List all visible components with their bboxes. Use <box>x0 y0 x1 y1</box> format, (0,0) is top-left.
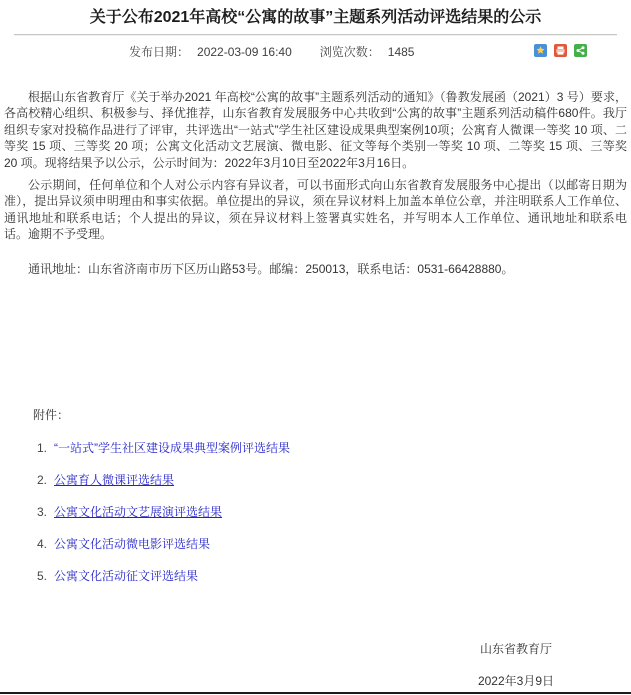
publish-date-value: 2022-03-09 16:40 <box>197 45 292 59</box>
attachment-number: 1. <box>37 441 47 455</box>
attachments-section: 附件： 1.“一站式”学生社区建设成果典型案例评选结果 2.公寓育人微课评选结果… <box>0 407 631 583</box>
attachment-row: 1.“一站式”学生社区建设成果典型案例评选结果 <box>0 441 631 455</box>
attachment-link-microfilm-results[interactable]: 公寓文化活动微电影评选结果 <box>54 537 210 551</box>
attachment-number: 5. <box>37 569 47 583</box>
attachment-row: 3.公寓文化活动文艺展演评选结果 <box>0 505 631 519</box>
signature-block: 山东省教育厅 2022年3月9日 <box>478 640 554 689</box>
attachment-number: 2. <box>37 473 47 487</box>
views-value: 1485 <box>388 45 415 59</box>
publish-date-label: 发布日期： <box>129 45 189 59</box>
attachment-link-microlecture-results[interactable]: 公寓育人微课评选结果 <box>54 473 174 487</box>
body-paragraph-2: 公示期间，任何单位和个人对公示内容有异议者，可以书面形式向山东省教育发展服务中心… <box>4 177 627 243</box>
attachment-row: 2.公寓育人微课评选结果 <box>0 473 631 487</box>
attachment-link-performance-results[interactable]: 公寓文化活动文艺展演评选结果 <box>54 505 222 519</box>
attachment-row: 5.公寓文化活动征文评选结果 <box>0 569 631 583</box>
attachment-link-essay-results[interactable]: 公寓文化活动征文评选结果 <box>54 569 198 583</box>
print-icon[interactable] <box>554 44 567 57</box>
bottom-border <box>0 692 631 694</box>
share-icon[interactable] <box>574 44 587 57</box>
announcement-page: 关于公布2021年高校“公寓的故事”主题系列活动评选结果的公示 发布日期：202… <box>0 0 631 695</box>
action-icons <box>534 44 587 57</box>
title-divider <box>14 34 617 36</box>
body-paragraph-1: 根据山东省教育厅《关于举办2021 年高校“公寓的故事”主题系列活动的通知》（鲁… <box>4 89 627 171</box>
attachment-number: 4. <box>37 537 47 551</box>
page-title: 关于公布2021年高校“公寓的故事”主题系列活动评选结果的公示 <box>0 0 631 28</box>
issue-date: 2022年3月9日 <box>478 672 554 689</box>
favorite-icon[interactable] <box>534 44 547 57</box>
body-paragraph-contact: 通讯地址：山东省济南市历下区历山路53号。邮编：250013，联系电话：0531… <box>4 261 627 277</box>
issuing-authority: 山东省教育厅 <box>478 640 554 657</box>
views-label: 浏览次数： <box>320 45 380 59</box>
attachments-label: 附件： <box>0 407 631 423</box>
attachment-link-case-results[interactable]: “一站式”学生社区建设成果典型案例评选结果 <box>54 441 290 455</box>
attachment-number: 3. <box>37 505 47 519</box>
announcement-body: 根据山东省教育厅《关于举办2021 年高校“公寓的故事”主题系列活动的通知》（鲁… <box>4 89 627 277</box>
attachment-row: 4.公寓文化活动微电影评选结果 <box>0 537 631 551</box>
meta-bar: 发布日期：2022-03-09 16:40浏览次数：1485 <box>0 43 631 59</box>
